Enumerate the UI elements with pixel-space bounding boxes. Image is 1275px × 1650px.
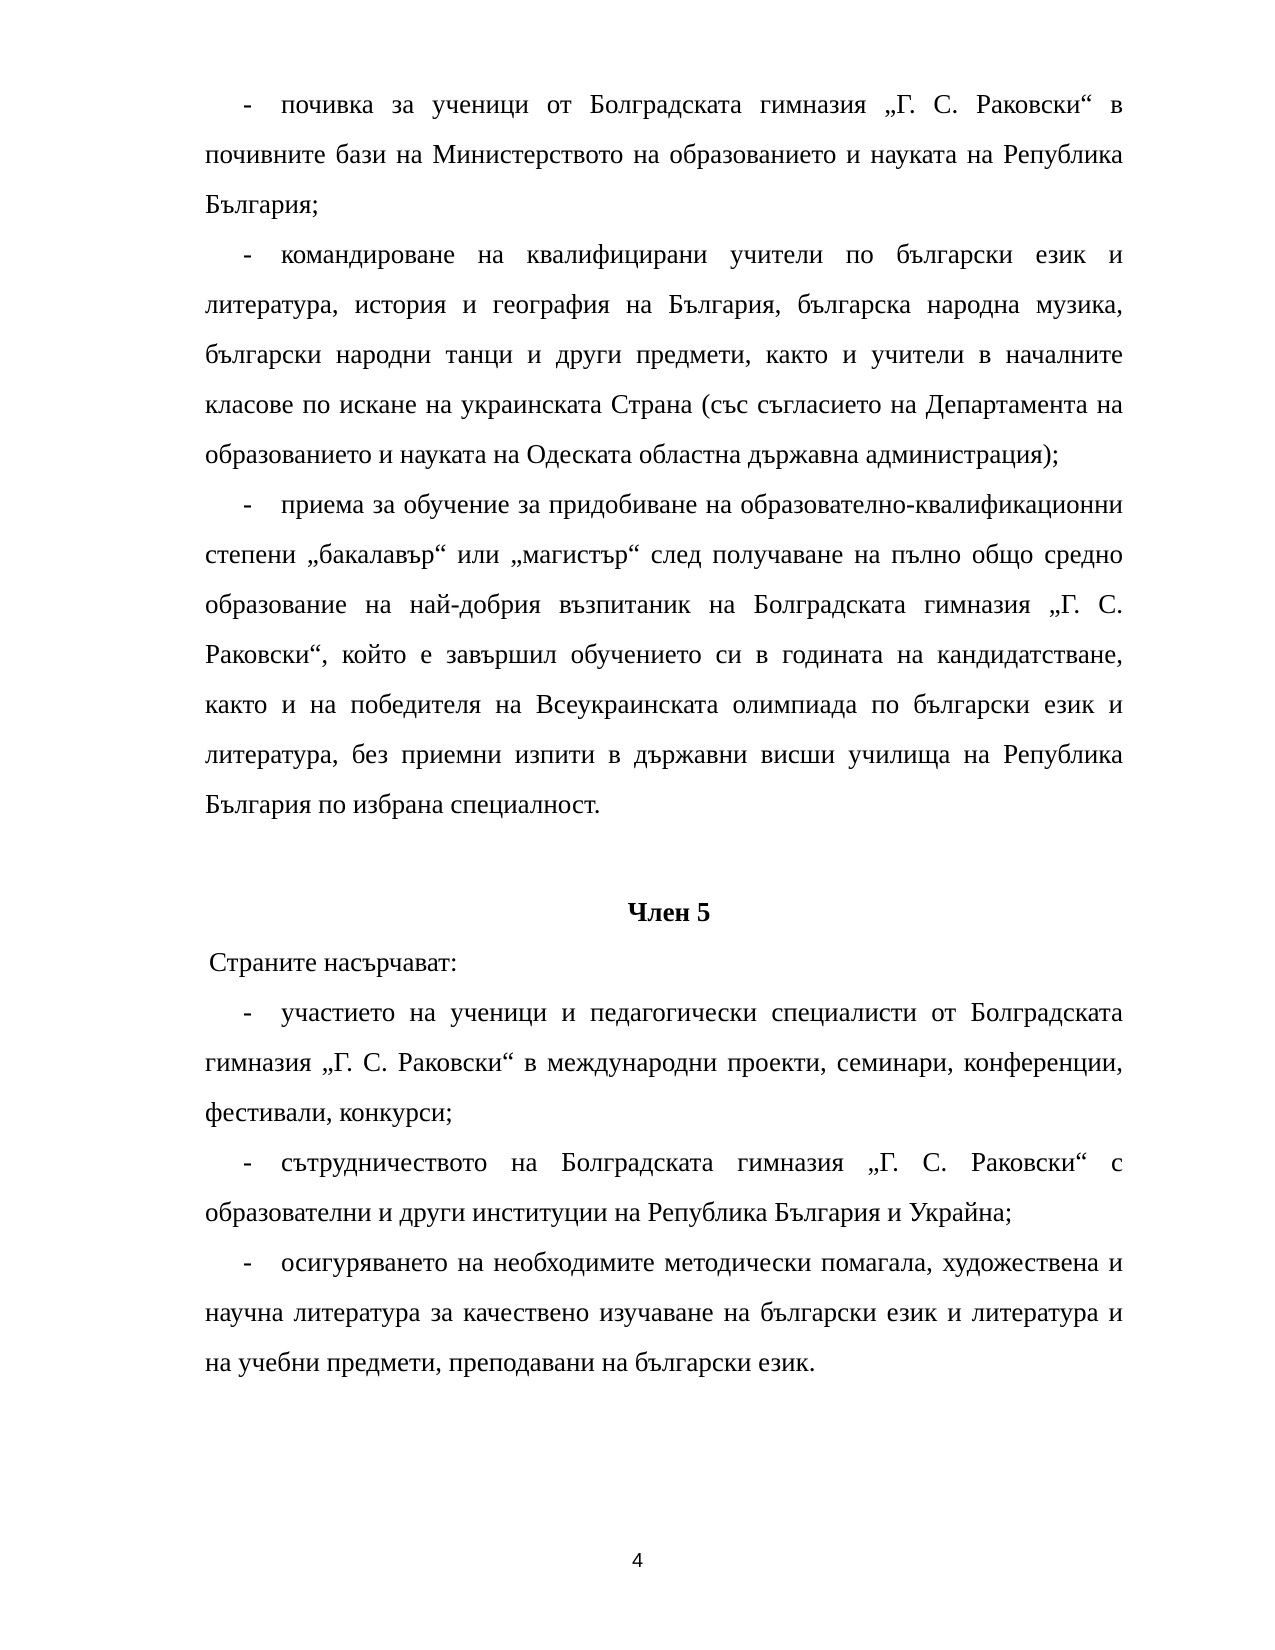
list-item: -сътрудничеството на Болградската гимназ… — [205, 1137, 1123, 1237]
article-heading: Член 5 — [205, 887, 1123, 937]
list-dash: - — [243, 1237, 252, 1287]
paragraph-text: командироване на квалифицирани учители п… — [205, 239, 1123, 469]
list-dash: - — [243, 229, 252, 279]
article-intro: Страните насърчават: — [205, 937, 1123, 987]
text-column: -почивка за ученици от Болградската гимн… — [205, 79, 1123, 1387]
list-item: -командироване на квалифицирани учители … — [205, 229, 1123, 479]
paragraph-text: участието на ученици и педагогически спе… — [205, 997, 1123, 1127]
list-item: -почивка за ученици от Болградската гимн… — [205, 79, 1123, 229]
paragraph-text: осигуряването на необходимите методическ… — [205, 1247, 1123, 1377]
document-page: -почивка за ученици от Болградската гимн… — [0, 0, 1275, 1650]
list-dash: - — [243, 79, 252, 129]
page-number: 4 — [0, 1550, 1275, 1573]
paragraph-text: почивка за ученици от Болградската гимна… — [205, 89, 1123, 219]
paragraph-text: приема за обучение за придобиване на обр… — [205, 489, 1123, 819]
list-item: -осигуряването на необходимите методичес… — [205, 1237, 1123, 1387]
section-spacer — [205, 829, 1123, 887]
paragraph-text: сътрудничеството на Болградската гимнази… — [205, 1147, 1123, 1227]
list-dash: - — [243, 1137, 252, 1187]
list-item: -приема за обучение за придобиване на об… — [205, 479, 1123, 829]
list-dash: - — [243, 987, 252, 1037]
list-dash: - — [243, 479, 252, 529]
list-item: -участието на ученици и педагогически сп… — [205, 987, 1123, 1137]
